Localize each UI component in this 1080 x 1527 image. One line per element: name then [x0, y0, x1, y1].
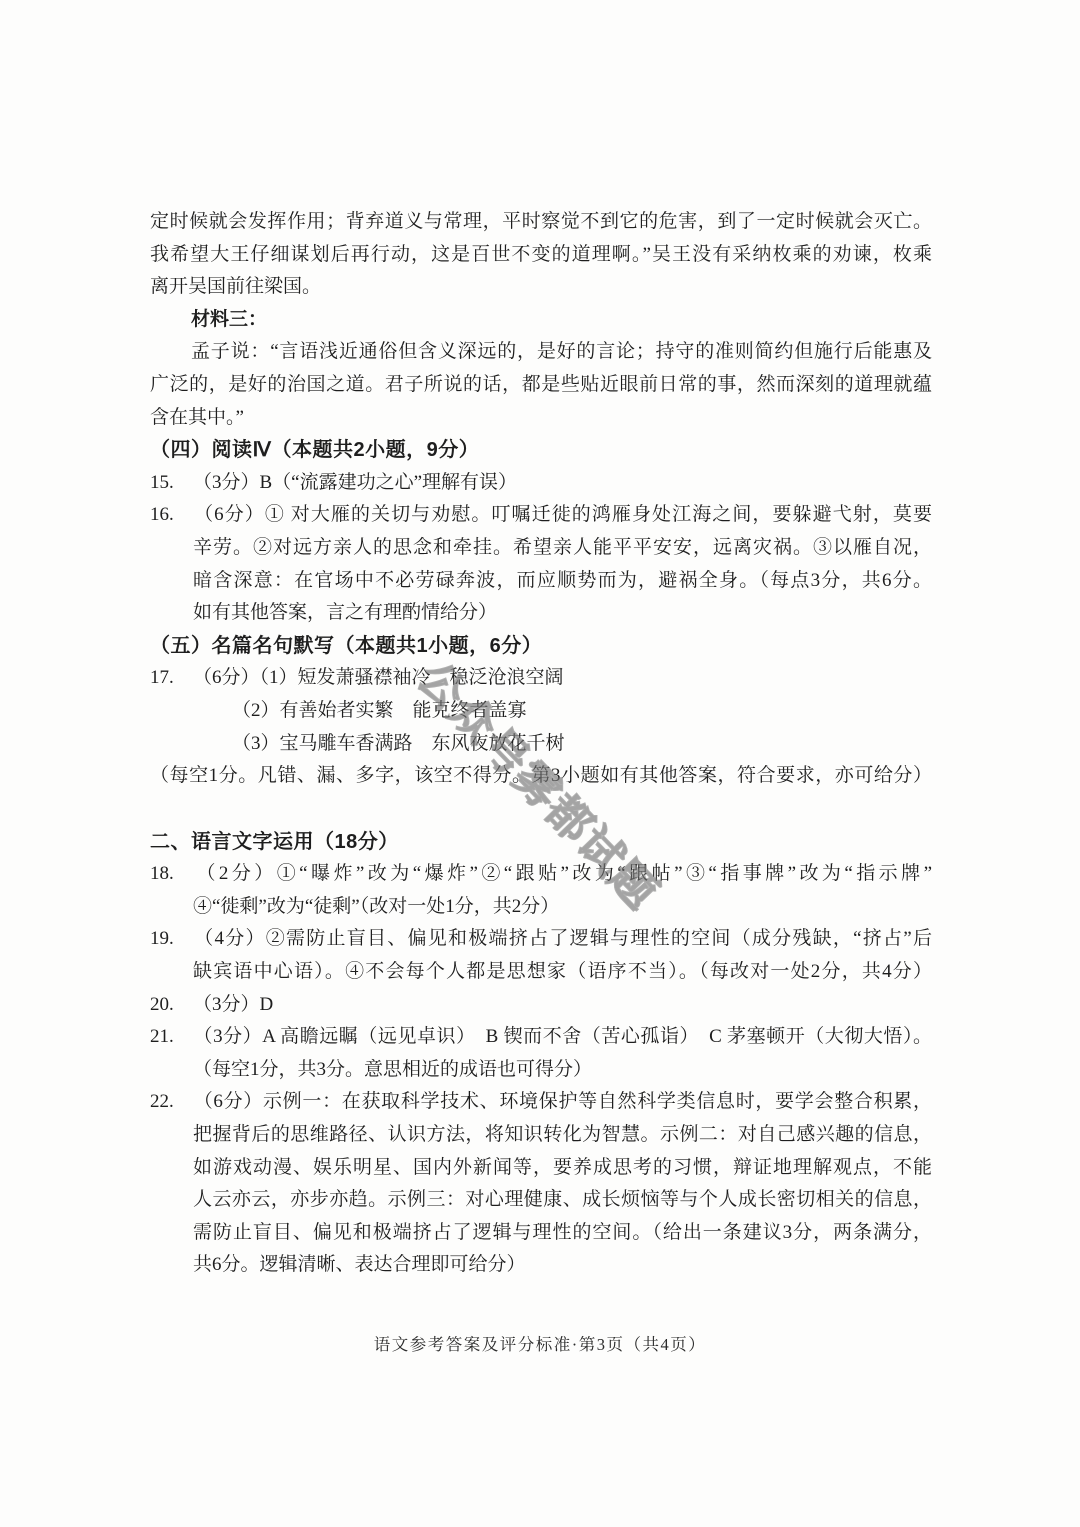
doc-line: ④“徙剩”改为“徒剩”（改对一处1分，共2分）	[150, 891, 932, 924]
answer-row-17: 17.（6分）（1）短发萧骚襟袖冷 稳泛沧浪空阔	[150, 662, 932, 695]
answer-row-18: 18.（2分）①“曝炸”改为“爆炸”②“跟贴”改为“跟帖”③“指事牌”改为“指示…	[150, 858, 932, 891]
doc-line: 离开吴国前往梁国。	[150, 271, 932, 304]
question-number-15: 15.	[150, 467, 193, 500]
answer-text: （4分）②需防止盲目、偏见和极端挤占了逻辑与理性的空间（成分残缺，“挤占”后	[193, 928, 932, 949]
doc-line: 共6分。逻辑清晰、表达合理即可给分）	[150, 1249, 932, 1282]
doc-line: 把握背后的思维路径、认识方法，将知识转化为智慧。示例二：对自己感兴趣的信息，	[150, 1119, 932, 1152]
doc-line: （每空1分，共3分。意思相近的成语也可得分）	[150, 1054, 932, 1087]
question-number-16: 16.	[150, 499, 193, 532]
doc-line: （3）宝马雕车香满路 东风夜放花千树	[150, 728, 932, 761]
doc-line: 辛劳。②对远方亲人的思念和牵挂。希望亲人能平平安安，远离灾祸。③以雁自况，	[150, 532, 932, 565]
document-body: 定时候就会发挥作用；背弃道义与常理，平时察觉不到它的危害，到了一定时候就会灭亡。…	[150, 206, 932, 1282]
answer-text: （3分）B（“流露建功之心”理解有误）	[193, 472, 517, 493]
section-heading-reading-4: （四）阅读Ⅳ（本题共2小题，9分）	[150, 434, 932, 467]
answer-row-19: 19.（4分）②需防止盲目、偏见和极端挤占了逻辑与理性的空间（成分残缺，“挤占”…	[150, 923, 932, 956]
answer-row-20: 20.（3分）D	[150, 989, 932, 1022]
doc-line: 暗含深意：在官场中不必劳碌奔波，而应顺势而为，避祸全身。（每点3分，共6分。	[150, 565, 932, 598]
answer-text: （6分）示例一：在获取科学技术、环境保护等自然科学类信息时，要学会整合积累，	[193, 1091, 932, 1112]
doc-line: （2）有善始者实繁 能克终者盖寡	[150, 695, 932, 728]
answer-row-22: 22.（6分）示例一：在获取科学技术、环境保护等自然科学类信息时，要学会整合积累…	[150, 1086, 932, 1119]
answer-text: （3分）D	[193, 994, 273, 1015]
doc-line: 缺宾语中心语）。④不会每个人都是思想家（语序不当）。（每改对一处2分，共4分）	[150, 956, 932, 989]
question-number-17: 17.	[150, 662, 193, 695]
question-number-19: 19.	[150, 923, 193, 956]
question-number-21: 21.	[150, 1021, 193, 1054]
question-number-20: 20.	[150, 989, 193, 1022]
doc-line: 需防止盲目、偏见和极端挤占了逻辑与理性的空间。（给出一条建议3分，两条满分，	[150, 1217, 932, 1250]
doc-line: 含在其中。”	[150, 402, 932, 435]
answer-text: （6分）① 对大雁的关切与劝慰。叮嘱迁徙的鸿雁身处江海之间，要躲避弋射，莫要	[193, 504, 932, 525]
doc-line: 如游戏动漫、娱乐明星、国内外新闻等，要养成思考的习惯，辩证地理解观点，不能	[150, 1152, 932, 1185]
doc-line: 广泛的，是好的治国之道。君子所说的话，都是些贴近眼前日常的事，然而深刻的道理就蕴	[150, 369, 932, 402]
answer-text: （3分）A 高瞻远瞩（远见卓识） B 锲而不舍（苦心孤诣） C 茅塞顿开（大彻大…	[193, 1026, 932, 1047]
material-3-heading: 材料三：	[150, 304, 932, 337]
answer-row-15: 15.（3分）B（“流露建功之心”理解有误）	[150, 467, 932, 500]
doc-line: 人云亦云，亦步亦趋。示例三：对心理健康、成长烦恼等与个人成长密切相关的信息，	[150, 1184, 932, 1217]
scanned-answer-key-page: 公众号雾都试题 定时候就会发挥作用；背弃道义与常理，平时察觉不到它的危害，到了一…	[0, 0, 1080, 1527]
question-number-22: 22.	[150, 1086, 193, 1119]
section-heading-dictation-5: （五）名篇名句默写（本题共1小题，6分）	[150, 630, 932, 663]
doc-line: 我希望大王仔细谋划后再行动，这是百世不变的道理啊。”吴王没有采纳枚乘的劝谏，枚乘	[150, 239, 932, 272]
page-footer: 语文参考答案及评分标准·第3页（共4页）	[0, 1331, 1080, 1355]
answer-row-21: 21.（3分）A 高瞻远瞩（远见卓识） B 锲而不舍（苦心孤诣） C 茅塞顿开（…	[150, 1021, 932, 1054]
answer-text: （2分）①“曝炸”改为“爆炸”②“跟贴”改为“跟帖”③“指事牌”改为“指示牌”	[193, 863, 932, 884]
scoring-note: （每空1分。凡错、漏、多字，该空不得分。第3小题如有其他答案，符合要求，亦可给分…	[150, 760, 932, 793]
answer-row-16: 16.（6分）① 对大雁的关切与劝慰。叮嘱迁徙的鸿雁身处江海之间，要躲避弋射，莫…	[150, 499, 932, 532]
section-heading-language-use: 二、语言文字运用（18分）	[150, 826, 932, 859]
doc-line: 孟子说：“言语浅近通俗但含义深远的，是好的言论；持守的准则简约但施行后能惠及	[150, 336, 932, 369]
question-number-18: 18.	[150, 858, 193, 891]
doc-line: 如有其他答案，言之有理酌情给分）	[150, 597, 932, 630]
answer-text: （6分）（1）短发萧骚襟袖冷 稳泛沧浪空阔	[193, 667, 564, 688]
doc-line: 定时候就会发挥作用；背弃道义与常理，平时察觉不到它的危害，到了一定时候就会灭亡。	[150, 206, 932, 239]
